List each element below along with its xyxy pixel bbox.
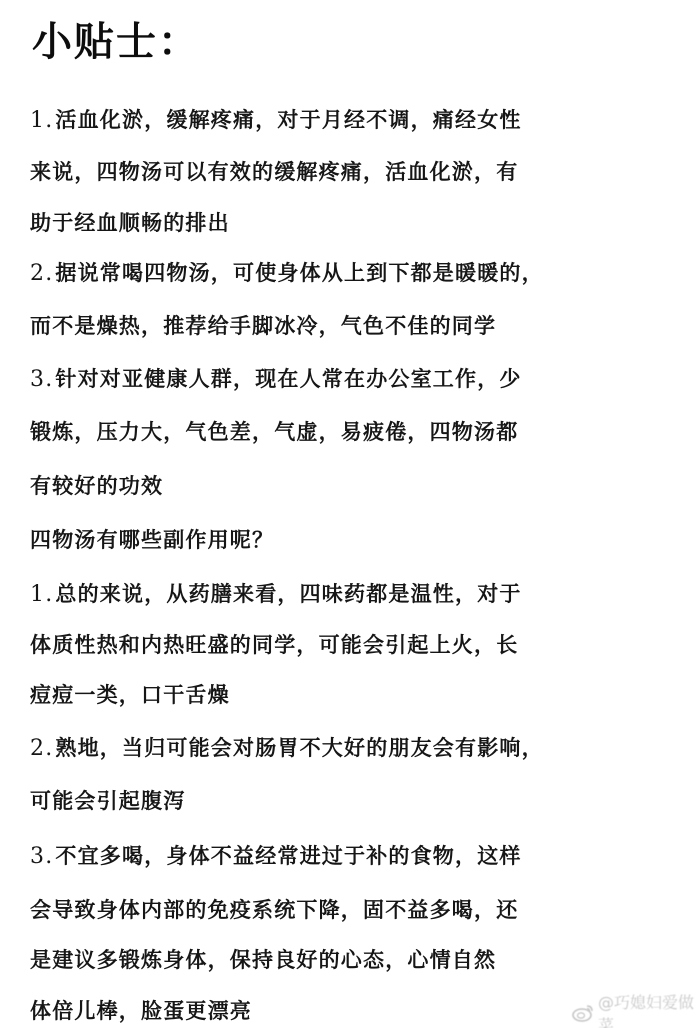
side-effect-2-line-1: 2.熟地，当归可能会对肠胃不大好的朋友会有影响， (30, 734, 700, 763)
tip-number: 1. (30, 582, 53, 607)
watermark-text: @巧媳妇爱做菜 (598, 990, 700, 1028)
tips-document: 小贴士： 1.活血化淤，缓解疼痛，对于月经不调，痛经女性 来说，四物汤可以有效的… (0, 0, 700, 1028)
weibo-icon (572, 1004, 594, 1022)
tip-3-line-2: 锻炼，压力大，气色差，气虚，易疲倦，四物汤都 (30, 418, 700, 446)
side-effect-1-line-2: 体质性热和内热旺盛的同学，可能会引起上火，长 (30, 631, 700, 659)
side-effect-3-line-2: 会导致身体内部的免疫系统下降，固不益多喝，还 (30, 896, 700, 924)
tip-1-line-1: 1.活血化淤，缓解疼痛，对于月经不调，痛经女性 (30, 106, 700, 135)
tip-1-line-3: 助于经血顺畅的排出 (30, 209, 700, 237)
tip-number: 3. (30, 844, 53, 869)
tip-1-line-2: 来说，四物汤可以有效的缓解疼痛，活血化淤，有 (30, 158, 700, 186)
tip-3-line-3: 有较好的功效 (30, 472, 700, 500)
watermark: @巧媳妇爱做菜 (572, 990, 700, 1028)
side-effect-1-line-1: 1.总的来说，从药膳来看，四味药都是温性，对于 (30, 580, 700, 609)
side-effect-3-line-3: 是建议多锻炼身体，保持良好的心态，心情自然 (30, 946, 700, 974)
side-effects-heading: 四物汤有哪些副作用呢？ (30, 526, 700, 554)
tip-number: 2. (30, 736, 53, 761)
tip-2-line-2: 而不是燥热，推荐给手脚冰冷，气色不佳的同学 (30, 312, 700, 340)
tip-3-line-1: 3.针对对亚健康人群，现在人常在办公室工作，少 (30, 365, 700, 394)
tip-2-line-1: 2.据说常喝四物汤，可使身体从上到下都是暖暖的， (30, 259, 700, 288)
tip-number: 3. (30, 367, 53, 392)
side-effect-3-line-1: 3.不宜多喝，身体不益经常进过于补的食物，这样 (30, 842, 700, 871)
page-title: 小贴士： (32, 16, 200, 68)
side-effect-2-line-2: 可能会引起腹泻 (30, 787, 700, 815)
side-effect-1-line-3: 痘痘一类，口干舌燥 (30, 681, 700, 709)
tip-number: 2. (30, 261, 53, 286)
tip-number: 1. (30, 108, 53, 133)
